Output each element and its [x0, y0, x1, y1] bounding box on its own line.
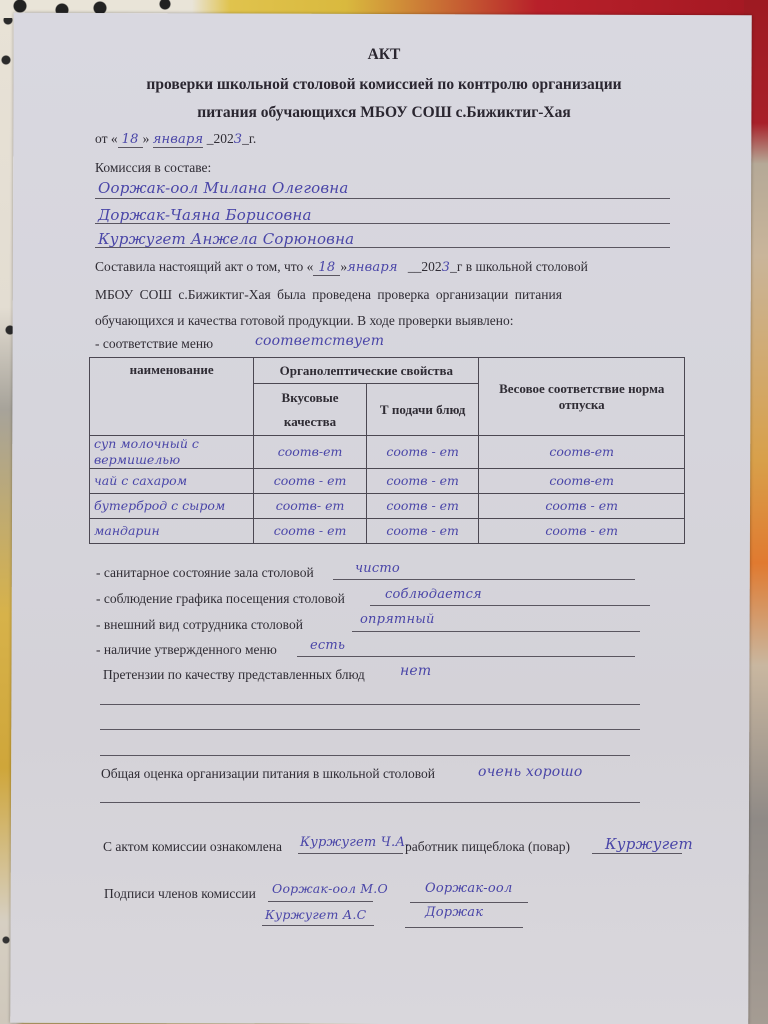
- temperature-value: соотв - ет: [386, 473, 459, 488]
- check-appearance-label: - внешний вид сотрудника столовой: [96, 617, 303, 633]
- menu-compliance-value: соответствует: [255, 333, 384, 349]
- underline: [352, 631, 640, 632]
- underline: [100, 802, 640, 803]
- document-title: АКТ: [0, 46, 768, 64]
- statement-line-3: обучающихся и качества готовой продукции…: [95, 313, 514, 329]
- taste-value: соотв- ет: [276, 498, 345, 513]
- underline: [370, 605, 650, 606]
- table-row: суп молочный с вермишелью соотв-ет соотв…: [90, 436, 685, 469]
- date-line: от «18» января _2023_г.: [95, 131, 256, 147]
- commission-member-3: Куржугет Анжела Сорюновна: [98, 230, 354, 248]
- cook-label: работник пищеблока (повар): [405, 839, 570, 855]
- date-year-digit: 3: [234, 132, 242, 147]
- temperature-value: соотв - ет: [386, 498, 459, 513]
- claims-label: Претензии по качеству представленных блю…: [103, 667, 365, 683]
- signature-2: Доржак: [425, 905, 483, 920]
- taste-value: соотв - ет: [274, 523, 347, 538]
- table-row: чай с сахаром соотв - ет соотв - ет соот…: [90, 469, 685, 494]
- dish-name: мандарин: [94, 523, 160, 538]
- check-sanitary-value: чисто: [355, 561, 400, 576]
- underline: [298, 853, 403, 854]
- check-schedule-label: - соблюдение графика посещения столовой: [96, 591, 345, 607]
- signatures-label: Подписи членов комиссии: [104, 886, 256, 902]
- underline: [592, 853, 682, 854]
- document-subtitle-line2: питания обучающихся МБОУ СОШ с.Бижиктиг-…: [0, 104, 768, 122]
- date-month: января: [153, 132, 204, 148]
- weight-value: соотв - ет: [545, 523, 618, 538]
- underline: [297, 656, 635, 657]
- dish-name: бутерброд с сыром: [94, 498, 225, 513]
- overall-label: Общая оценка организации питания в школь…: [101, 766, 435, 782]
- underline: [405, 927, 523, 928]
- table-row: мандарин соотв - ет соотв - ет соотв - е…: [90, 519, 685, 544]
- underline: [100, 704, 640, 705]
- underline: [100, 729, 640, 730]
- date-day: 18: [118, 132, 143, 148]
- commission-member-2: Доржак-Чаяна Борисовна: [98, 206, 312, 224]
- underline: [268, 901, 373, 902]
- check-sanitary-label: - санитарное состояние зала столовой: [96, 565, 314, 581]
- underline: [95, 247, 670, 248]
- underline: [262, 925, 374, 926]
- commission-label: Комиссия в составе:: [95, 160, 211, 176]
- taste-value: соотв - ет: [274, 473, 347, 488]
- statement-day: 18: [313, 260, 340, 276]
- document-subtitle-line1: проверки школьной столовой комиссией по …: [0, 76, 768, 94]
- underline: [100, 755, 630, 756]
- statement-year-digit: 3: [442, 260, 450, 275]
- header-weight: Весовое соответствие норма отпуска: [479, 358, 685, 436]
- document-content: АКТ проверки школьной столовой комиссией…: [0, 0, 768, 1024]
- claims-value: нет: [400, 663, 431, 679]
- underline: [95, 198, 670, 199]
- temperature-value: соотв - ет: [386, 444, 459, 459]
- signature-1: Ооржак-оол: [425, 881, 512, 896]
- cook-value: Куржугет: [605, 835, 693, 853]
- signature-name-1: Ооржак-оол М.О: [272, 881, 388, 896]
- statement-line-2: МБОУ СОШ с.Бижиктиг-Хая была проведена п…: [95, 287, 562, 303]
- weight-value: соотв-ет: [549, 444, 614, 459]
- overall-value: очень хорошо: [478, 764, 583, 780]
- weight-value: соотв - ет: [545, 498, 618, 513]
- underline: [95, 223, 670, 224]
- dish-name: суп молочный с вермишелью: [94, 436, 199, 467]
- header-organoleptic: Органолептические свойства: [254, 358, 479, 384]
- commission-member-1: Ооржак-оол Милана Олеговна: [98, 179, 349, 197]
- table-row: бутерброд с сыром соотв- ет соотв - ет с…: [90, 494, 685, 519]
- temperature-value: соотв - ет: [386, 523, 459, 538]
- underline: [333, 579, 635, 580]
- statement-month: января: [347, 260, 398, 275]
- menu-compliance-label: - соответствие меню: [95, 336, 213, 352]
- check-menu-label: - наличие утвержденного меню: [96, 642, 277, 658]
- signature-name-2: Куржугет А.С: [265, 907, 366, 922]
- check-schedule-value: соблюдается: [385, 587, 482, 602]
- acquainted-label: С актом комиссии ознакомлена: [103, 839, 282, 855]
- check-appearance-value: опрятный: [360, 612, 435, 627]
- weight-value: соотв-ет: [549, 473, 614, 488]
- check-menu-value: есть: [310, 638, 345, 653]
- underline: [410, 902, 528, 903]
- header-temperature: Т подачи блюд: [366, 384, 479, 436]
- acquainted-value: Куржугет Ч.А.: [300, 835, 410, 850]
- statement-line-1: Составила настоящий акт о том, что «18»я…: [95, 259, 588, 275]
- header-name: наименование: [90, 358, 254, 436]
- header-taste: Вкусовые качества: [254, 384, 367, 436]
- taste-value: соотв-ет: [278, 444, 343, 459]
- dish-name: чай с сахаром: [94, 473, 187, 488]
- inspection-table: наименование Органолептические свойства …: [89, 357, 685, 544]
